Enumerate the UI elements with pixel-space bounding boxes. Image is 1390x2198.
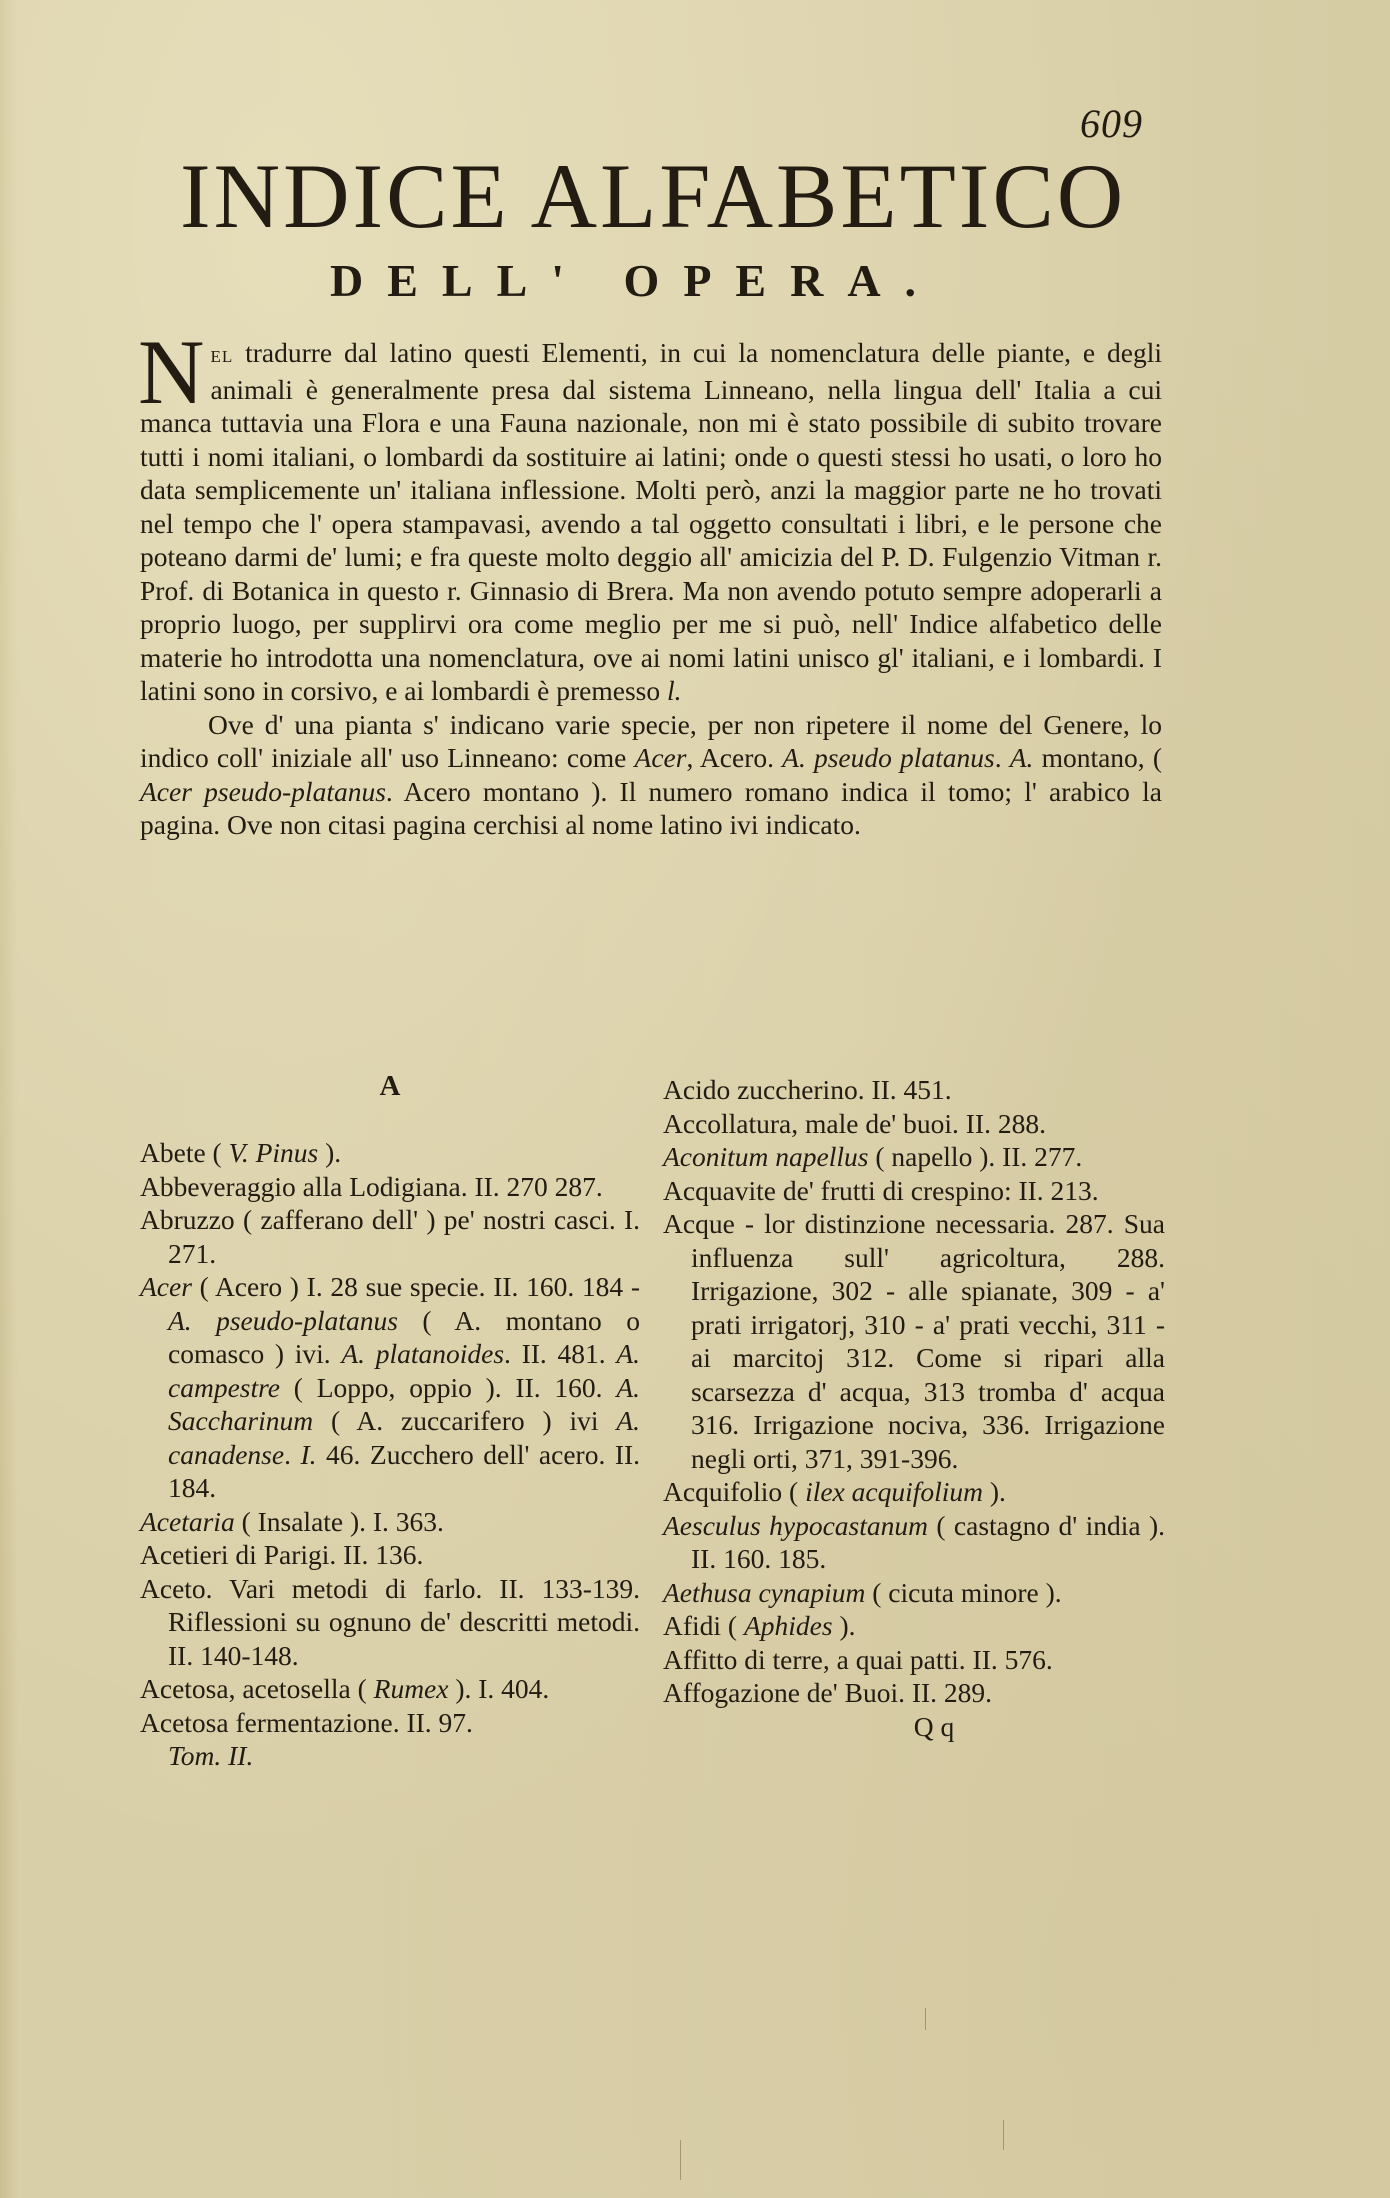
index-entry: Afidi ( Aphides ).	[663, 1609, 1165, 1643]
entry-text: Accollatura, male de' buoi. II. 288.	[663, 1108, 1046, 1139]
index-column-right: Acido zuccherino. II. 451.Accollatura, m…	[663, 1073, 1165, 1743]
intro-paragraph-1: Nel tradurre dal latino questi Elementi,…	[140, 336, 1162, 708]
dropcap-lead: el	[210, 342, 233, 368]
intro-paragraph-1-text: tradurre dal latino questi Elementi, in …	[140, 337, 1162, 706]
index-entry: Acetaria ( Insalate ). I. 363.	[140, 1505, 640, 1539]
entry-text: Abbeveraggio alla Lodigiana. II. 270 287…	[140, 1171, 603, 1202]
entry-text: Acido zuccherino. II. 451.	[663, 1074, 952, 1105]
latin-name: Aconitum napellus	[663, 1141, 868, 1172]
book-page: 609 INDICE ALFABETICO DELL' OPERA. Nel t…	[0, 0, 1390, 2198]
index-entry: Affitto di terre, a quai patti. II. 576.	[663, 1643, 1165, 1677]
paper-mark	[1003, 2120, 1004, 2150]
entry-text: Acque - lor distinzione necessaria. 287.…	[663, 1208, 1165, 1474]
page-subtitle: DELL' OPERA.	[330, 258, 990, 304]
text-run: .	[995, 742, 1010, 773]
text-run: montano, (	[1033, 742, 1162, 773]
index-entry: Abruzzo ( zafferano dell' ) pe' nostri c…	[140, 1203, 640, 1270]
dropcap-letter: N	[138, 340, 204, 404]
entry-text: Acetosa, acetosella (	[140, 1673, 374, 1704]
latin-name: Aesculus hypocastanum	[663, 1510, 928, 1541]
index-entries-right: Acido zuccherino. II. 451.Accollatura, m…	[663, 1073, 1165, 1710]
latin-name: V. Pinus	[229, 1137, 319, 1168]
entry-text: ( Loppo, oppio ). II. 160.	[280, 1372, 616, 1403]
intro-paragraph-2: Ove d' una pianta s' indicano varie spec…	[140, 708, 1162, 842]
index-entry: Aethusa cynapium ( cicuta minore ).	[663, 1576, 1165, 1610]
entry-text: Acquavite de' frutti di crespino: II. 21…	[663, 1175, 1099, 1206]
entry-text: Affitto di terre, a quai patti. II. 576.	[663, 1644, 1053, 1675]
page-title: INDICE ALFABETICO	[180, 150, 1140, 242]
latin-name: Rumex	[374, 1673, 449, 1704]
entry-text: ).	[983, 1476, 1006, 1507]
latin-name: Aethusa cynapium	[663, 1577, 865, 1608]
index-entry: Abbeveraggio alla Lodigiana. II. 270 287…	[140, 1170, 640, 1204]
paper-mark	[680, 2140, 681, 2180]
index-entries-left: Abete ( V. Pinus ).Abbeveraggio alla Lod…	[140, 1136, 640, 1739]
page-number: 609	[1080, 100, 1143, 147]
latin-name: A.	[1010, 742, 1034, 773]
entry-text: ). I. 404.	[448, 1673, 549, 1704]
index-entry: Acer ( Acero ) I. 28 sue specie. II. 160…	[140, 1270, 640, 1505]
entry-text: ( A. zuccarifero ) ivi	[313, 1405, 616, 1436]
index-entry: Accollatura, male de' buoi. II. 288.	[663, 1107, 1165, 1141]
index-entry: Acque - lor distinzione necessaria. 287.…	[663, 1207, 1165, 1475]
entry-text: Afidi (	[663, 1610, 744, 1641]
entry-text: ( Insalate ). I. 363.	[235, 1506, 444, 1537]
paper-mark	[925, 2008, 926, 2030]
lombard-marker: l.	[667, 675, 682, 706]
index-entry: Abete ( V. Pinus ).	[140, 1136, 640, 1170]
index-column-left: A Abete ( V. Pinus ).Abbeveraggio alla L…	[140, 1070, 640, 1773]
entry-text: Acquifolio (	[663, 1476, 805, 1507]
index-entry: Acquifolio ( ilex acquifolium ).	[663, 1475, 1165, 1509]
index-entry: Acquavite de' frutti di crespino: II. 21…	[663, 1174, 1165, 1208]
entry-text: ).	[833, 1610, 856, 1641]
entry-text: ( cicuta minore ).	[865, 1577, 1061, 1608]
letter-heading: A	[140, 1070, 640, 1103]
latin-name: Acer	[635, 742, 687, 773]
latin-name: ilex acquifolium	[805, 1476, 983, 1507]
entry-text: ( Acero ) I. 28 sue specie. II. 160. 184…	[192, 1271, 640, 1302]
latin-name: I.	[300, 1439, 316, 1470]
entry-text: ( napello ). II. 277.	[868, 1141, 1082, 1172]
entry-text: Abruzzo ( zafferano dell' ) pe' nostri c…	[140, 1204, 640, 1269]
index-entry: Affogazione de' Buoi. II. 289.	[663, 1676, 1165, 1710]
catchword: Q q	[663, 1710, 1165, 1744]
entry-text: Aceto. Vari metodi di farlo. II. 133-139…	[140, 1573, 640, 1671]
entry-text: . II. 481.	[504, 1338, 616, 1369]
entry-text: Abete (	[140, 1137, 229, 1168]
latin-name: Acetaria	[140, 1506, 235, 1537]
entry-text: ).	[318, 1137, 341, 1168]
index-entry: Acetosa, acetosella ( Rumex ). I. 404.	[140, 1672, 640, 1706]
latin-name: A. pseudo-platanus	[168, 1305, 398, 1336]
entry-text: .	[284, 1439, 300, 1470]
index-entry: Acido zuccherino. II. 451.	[663, 1073, 1165, 1107]
index-entry: Acetosa fermentazione. II. 97.	[140, 1706, 640, 1740]
latin-name: A. platanoides	[341, 1338, 504, 1369]
text-run: , Acero.	[686, 742, 782, 773]
latin-name: Acer	[140, 1271, 192, 1302]
entry-text: Affogazione de' Buoi. II. 289.	[663, 1677, 992, 1708]
index-entry: Aesculus hypocastanum ( castagno d' indi…	[663, 1509, 1165, 1576]
entry-text: Acetosa fermentazione. II. 97.	[140, 1707, 473, 1738]
latin-name: A. pseudo platanus	[782, 742, 995, 773]
entry-text: Acetieri di Parigi. II. 136.	[140, 1539, 423, 1570]
intro-text: Nel tradurre dal latino questi Elementi,…	[140, 336, 1162, 842]
latin-name: Aphides	[744, 1610, 833, 1641]
signature-mark: Tom. II.	[140, 1739, 640, 1773]
index-entry: Acetieri di Parigi. II. 136.	[140, 1538, 640, 1572]
index-entry: Aceto. Vari metodi di farlo. II. 133-139…	[140, 1572, 640, 1673]
index-entry: Aconitum napellus ( napello ). II. 277.	[663, 1140, 1165, 1174]
latin-name: Acer pseudo-platanus	[140, 776, 386, 807]
